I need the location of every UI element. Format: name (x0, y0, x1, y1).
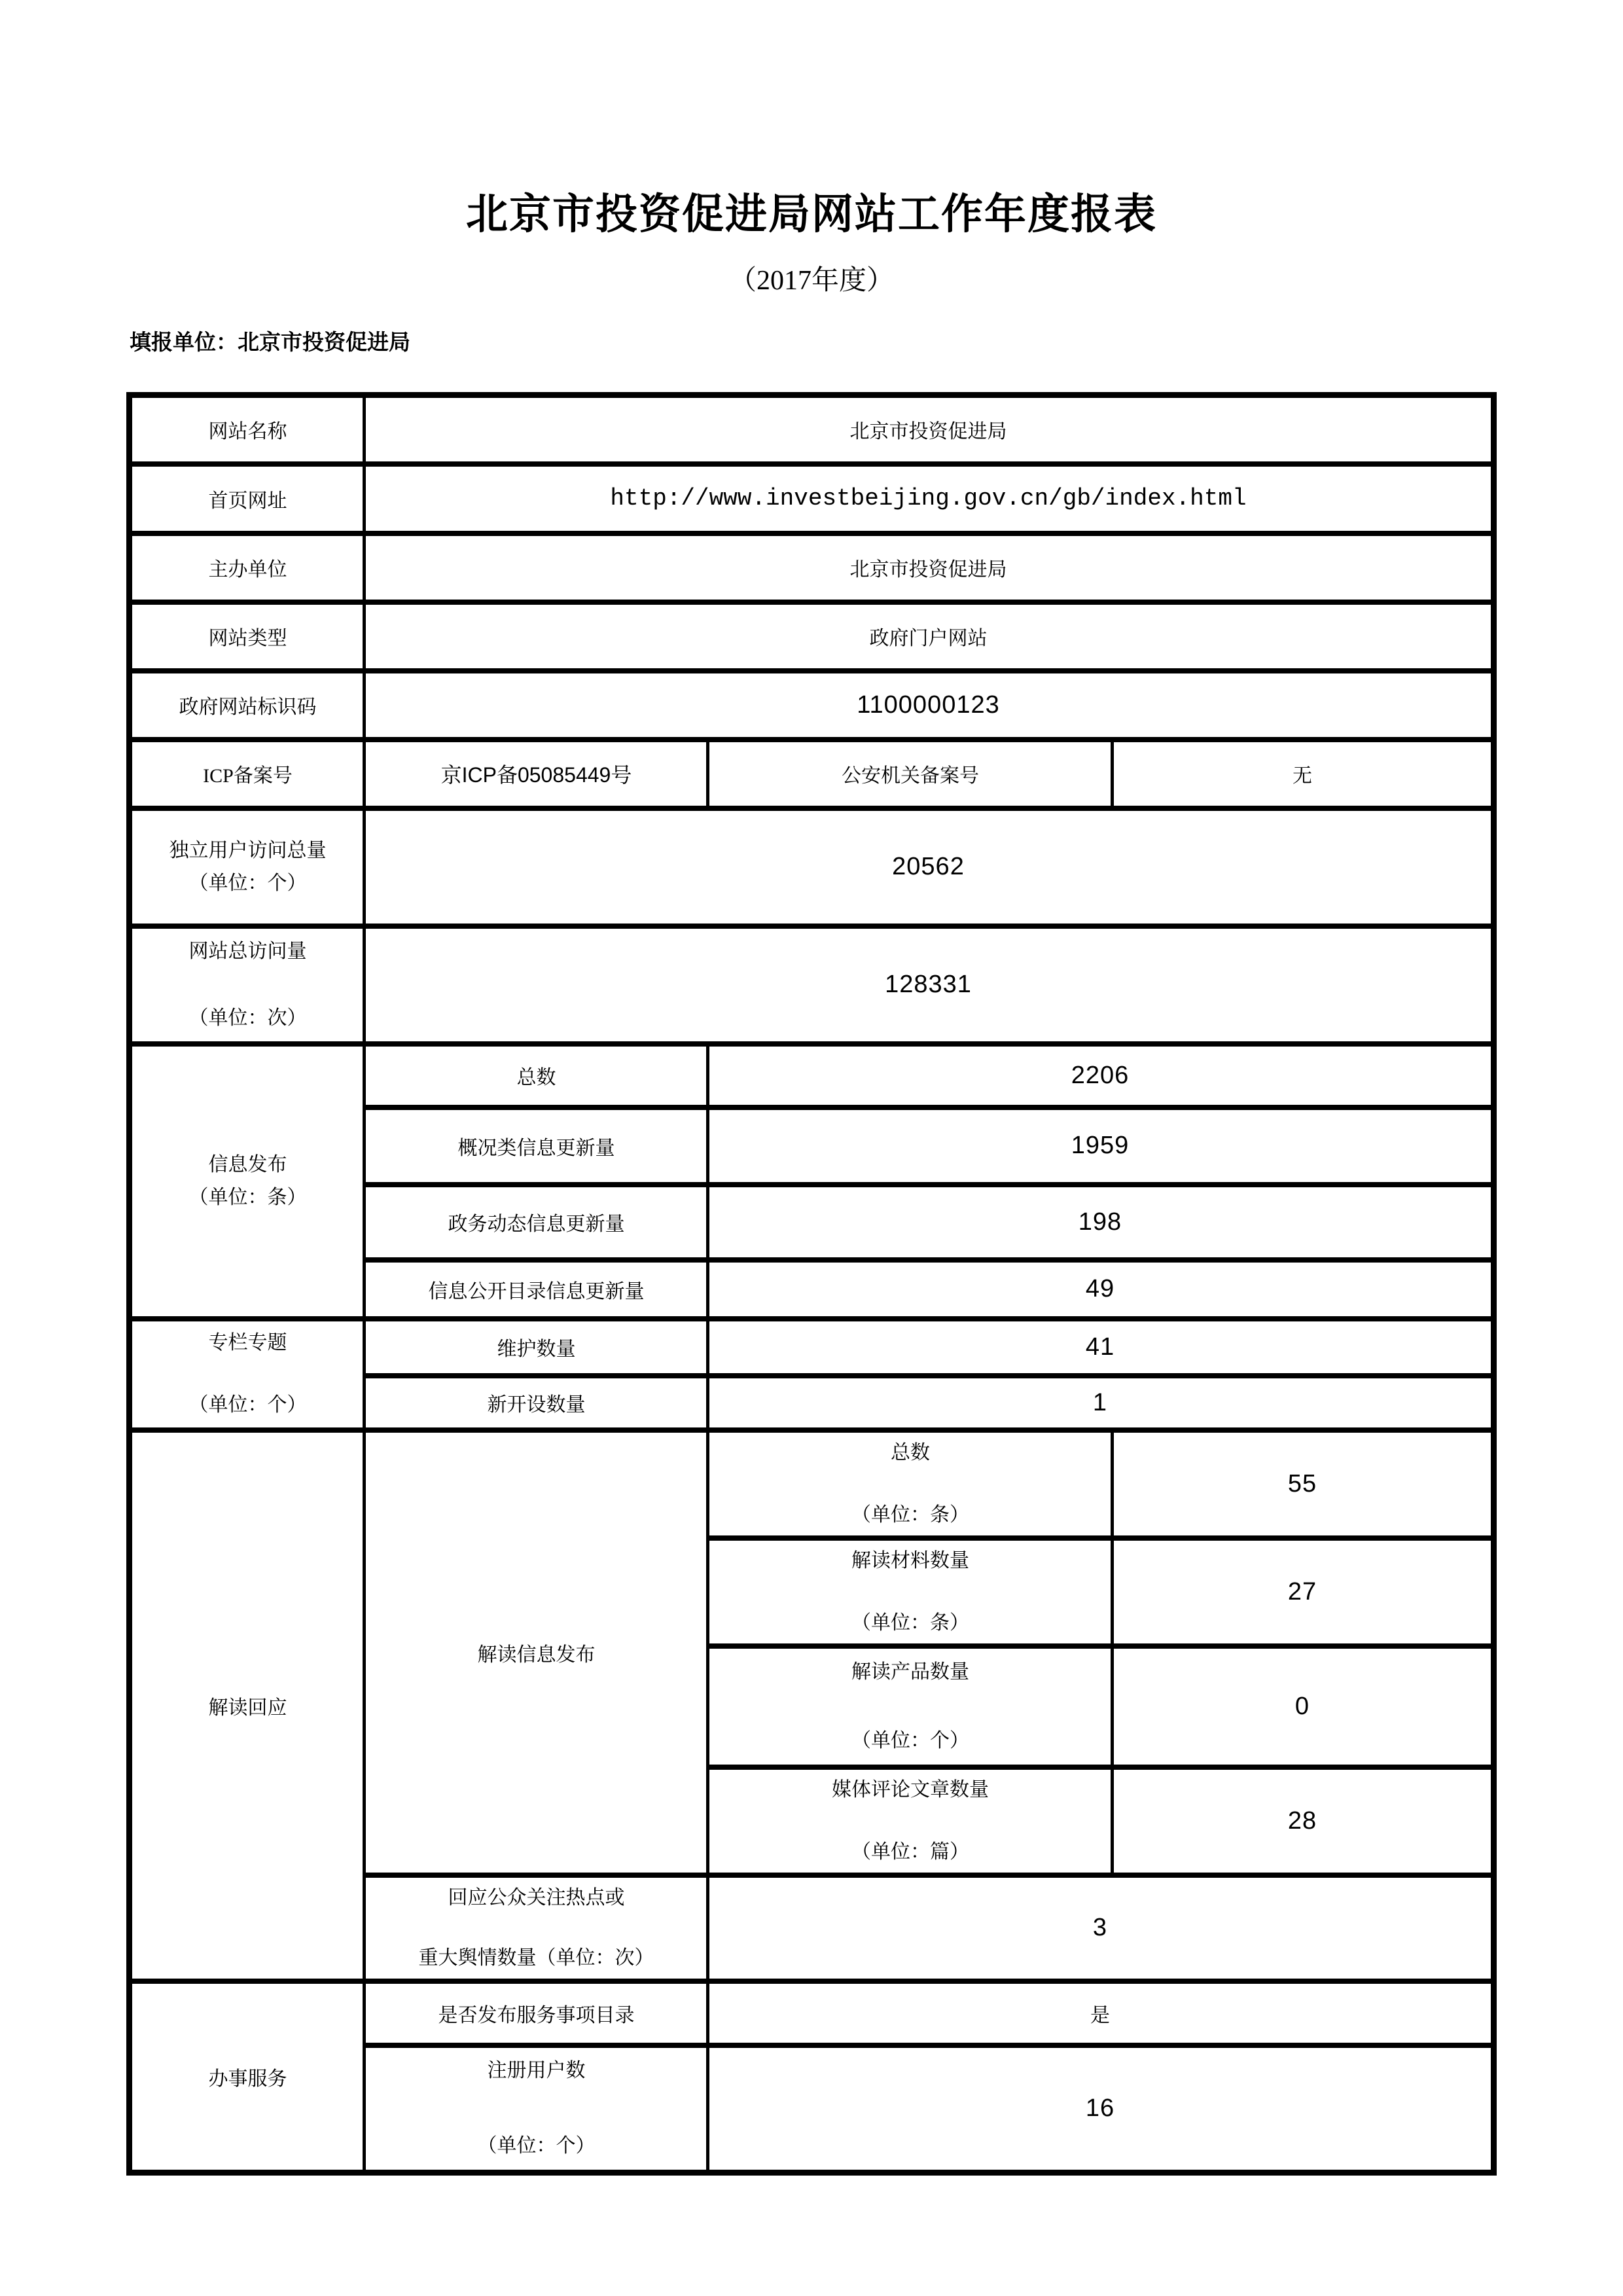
site-type-label: 网站类型 (130, 602, 365, 671)
report-page: 北京市投资促进局网站工作年度报表 （2017年度） 填报单位：北京市投资促进局 … (0, 0, 1623, 2296)
services-directory-value: 是 (708, 1981, 1493, 2045)
interp-materials-value: 27 (1113, 1538, 1493, 1646)
page-title: 北京市投资促进局网站工作年度报表 (130, 188, 1493, 241)
organizer-label: 主办单位 (130, 533, 365, 602)
site-name-value: 北京市投资促进局 (365, 395, 1493, 464)
total-visits-value: 128331 (365, 926, 1493, 1044)
interp-response-label: 回应公众关注热点或 重大舆情数量（单位：次） (365, 1875, 708, 1981)
home-url-value: http://www.investbeijing.gov.cn/gb/index… (365, 464, 1493, 533)
organizer-value: 北京市投资促进局 (365, 533, 1493, 602)
total-visits-label: 网站总访问量 （单位：次） (130, 926, 365, 1044)
special-columns-section-label: 专栏专题 （单位：个） (130, 1319, 365, 1430)
info-disclosure-value: 49 (708, 1260, 1493, 1319)
home-url-label: 首页网址 (130, 464, 365, 533)
row-total-visits: 网站总访问量 （单位：次） 128331 (130, 926, 1493, 1044)
info-publish-section-label: 信息发布 （单位：条） (130, 1044, 365, 1319)
row-column-maintained: 专栏专题 （单位：个） 维护数量 41 (130, 1319, 1493, 1376)
row-icp: ICP备案号 京ICP备05085449号 公安机关备案号 无 (130, 740, 1493, 808)
services-directory-label: 是否发布服务事项目录 (365, 1981, 708, 2045)
interp-total-value: 55 (1113, 1430, 1493, 1538)
row-unique-visitors: 独立用户访问总量 （单位：个） 20562 (130, 808, 1493, 926)
services-section-label: 办事服务 (130, 1981, 365, 2173)
unique-visitors-value: 20562 (365, 808, 1493, 926)
services-registered-label: 注册用户数 （单位：个） (365, 2045, 708, 2173)
icp-label: ICP备案号 (130, 740, 365, 808)
report-header: 北京市投资促进局网站工作年度报表 （2017年度） 填报单位：北京市投资促进局 (130, 0, 1493, 356)
info-gov-news-label: 政务动态信息更新量 (365, 1185, 708, 1260)
column-new-label: 新开设数量 (365, 1376, 708, 1430)
row-info-total: 信息发布 （单位：条） 总数 2206 (130, 1044, 1493, 1107)
row-home-url: 首页网址 http://www.investbeijing.gov.cn/gb/… (130, 464, 1493, 533)
row-site-type: 网站类型 政府门户网站 (130, 602, 1493, 671)
site-code-label: 政府网站标识码 (130, 671, 365, 740)
page-subtitle: （2017年度） (130, 264, 1493, 297)
interpretation-section-label: 解读回应 (130, 1430, 365, 1981)
info-total-label: 总数 (365, 1044, 708, 1107)
interp-materials-label: 解读材料数量 （单位：条） (708, 1538, 1113, 1646)
row-site-code: 政府网站标识码 1100000123 (130, 671, 1493, 740)
info-overview-label: 概况类信息更新量 (365, 1107, 708, 1185)
interp-media-value: 28 (1113, 1767, 1493, 1875)
annual-report-table: 网站名称 北京市投资促进局 首页网址 http://www.investbeij… (126, 392, 1496, 2176)
interp-products-label: 解读产品数量 （单位：个） (708, 1646, 1113, 1767)
info-overview-value: 1959 (708, 1107, 1493, 1185)
row-interp-total: 解读回应 解读信息发布 总数 （单位：条） 55 (130, 1430, 1493, 1538)
site-code-value: 1100000123 (365, 671, 1493, 740)
filing-unit-line: 填报单位：北京市投资促进局 (130, 330, 1493, 356)
info-total-value: 2206 (708, 1044, 1493, 1107)
info-disclosure-label: 信息公开目录信息更新量 (365, 1260, 708, 1319)
interp-response-value: 3 (708, 1875, 1493, 1981)
info-gov-news-value: 198 (708, 1185, 1493, 1260)
icp-value: 京ICP备05085449号 (365, 740, 708, 808)
unique-visitors-label: 独立用户访问总量 （单位：个） (130, 808, 365, 926)
police-filing-label: 公安机关备案号 (708, 740, 1113, 808)
row-organizer: 主办单位 北京市投资促进局 (130, 533, 1493, 602)
column-maintained-label: 维护数量 (365, 1319, 708, 1376)
police-filing-value: 无 (1113, 740, 1493, 808)
row-site-name: 网站名称 北京市投资促进局 (130, 395, 1493, 464)
interp-products-value: 0 (1113, 1646, 1493, 1767)
interp-total-label: 总数 （单位：条） (708, 1430, 1113, 1538)
column-maintained-value: 41 (708, 1319, 1493, 1376)
services-registered-value: 16 (708, 2045, 1493, 2173)
site-name-label: 网站名称 (130, 395, 365, 464)
site-type-value: 政府门户网站 (365, 602, 1493, 671)
column-new-value: 1 (708, 1376, 1493, 1430)
row-services-directory: 办事服务 是否发布服务事项目录 是 (130, 1981, 1493, 2045)
interpretation-publish-label: 解读信息发布 (365, 1430, 708, 1875)
interp-media-label: 媒体评论文章数量 （单位：篇） (708, 1767, 1113, 1875)
